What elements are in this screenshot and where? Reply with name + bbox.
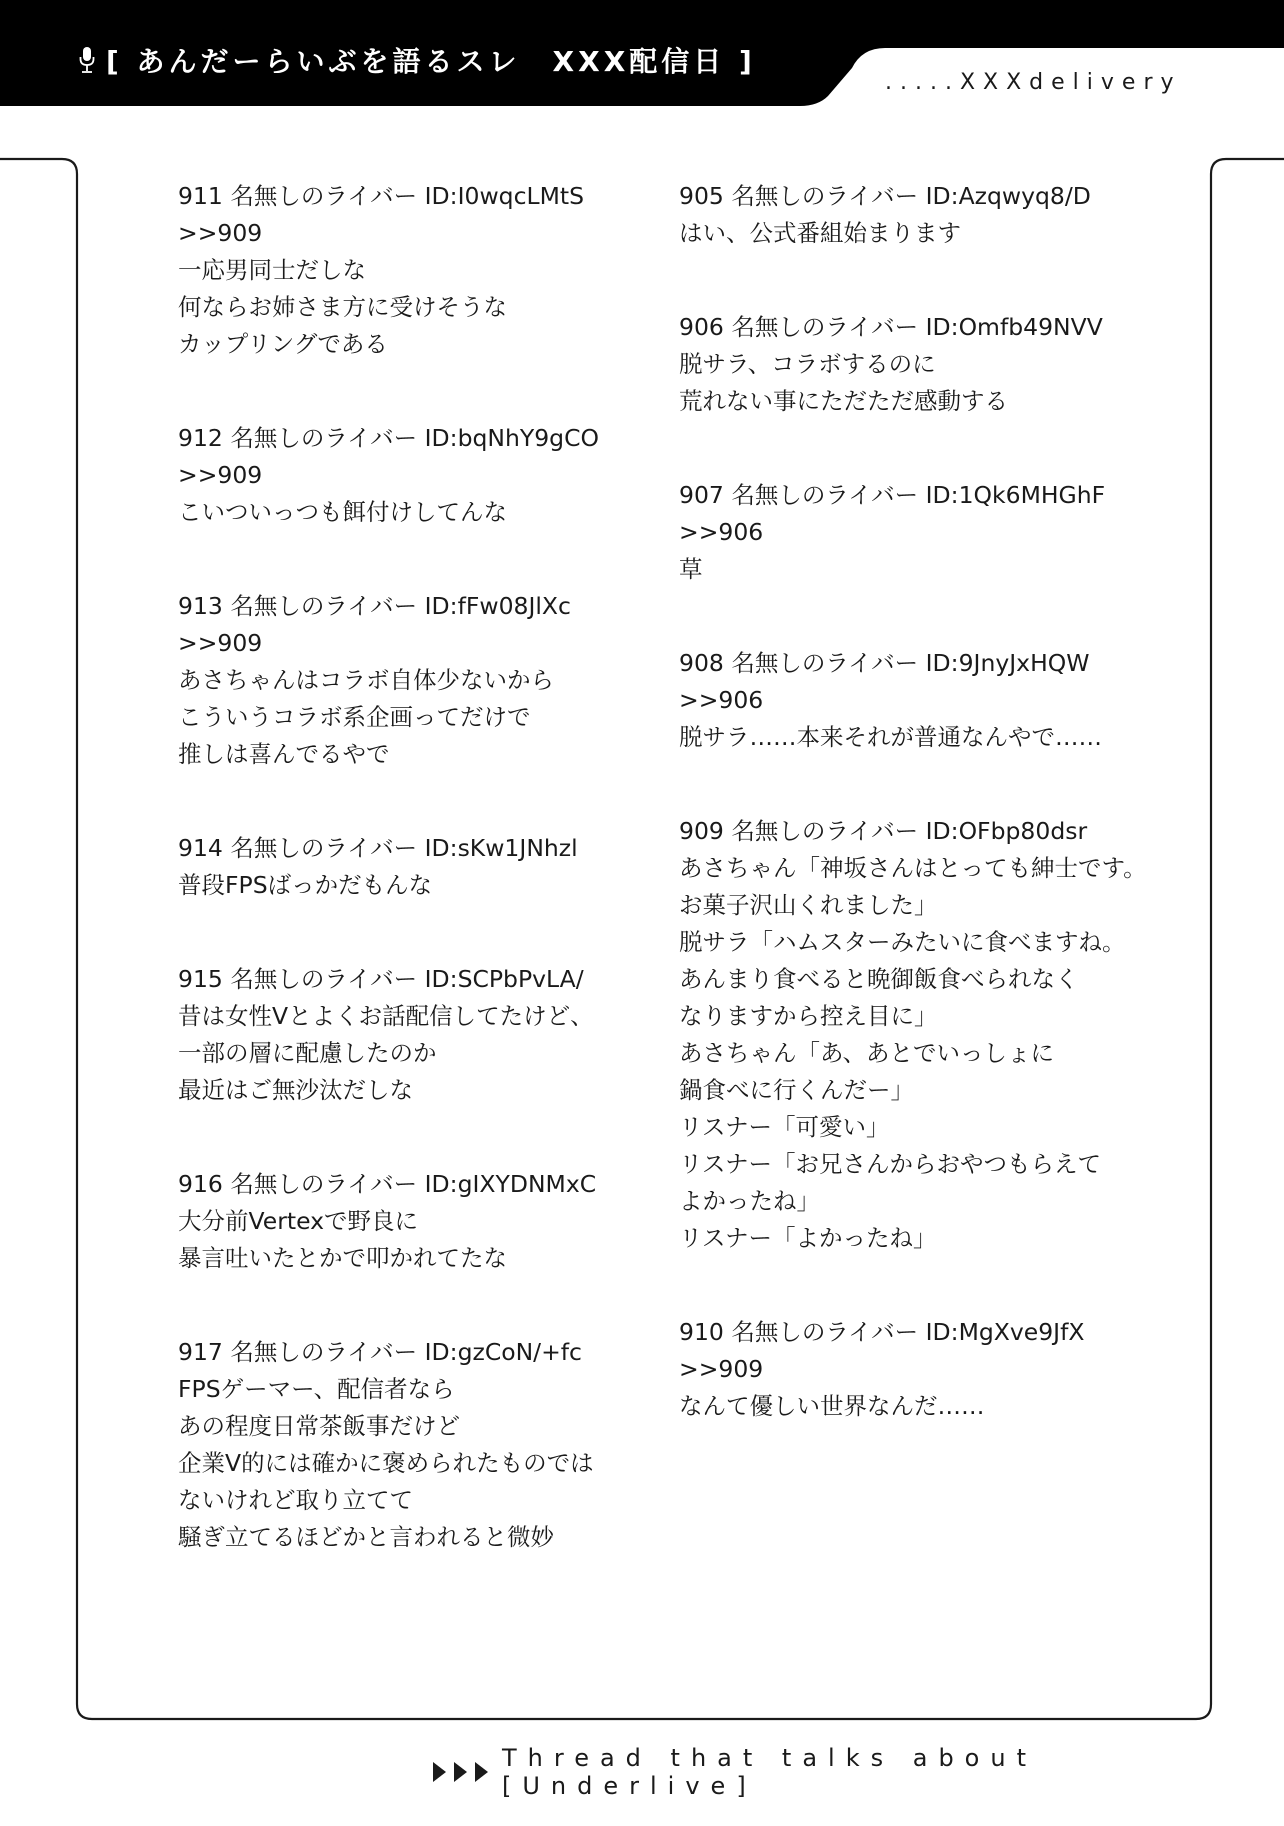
post-line: 草	[679, 551, 1119, 588]
post-line: 騒ぎ立てるほどかと言われると微妙	[178, 1519, 618, 1556]
post-911: 911 名無しのライバー ID:I0wqcLMtS >>909 一応男同士だしな…	[178, 178, 618, 363]
post-header: 907 名無しのライバー ID:1Qk6MHGhF	[679, 477, 1119, 514]
post-line: なんて優しい世界なんだ……	[679, 1388, 1119, 1425]
post-913: 913 名無しのライバー ID:fFw08JlXc >>909 あさちゃんはコラ…	[178, 588, 618, 773]
post-line: 鍋食べに行くんだー」	[679, 1072, 1119, 1109]
post-line: あんまり食べると晩御飯食べられなく	[679, 961, 1119, 998]
post-910: 910 名無しのライバー ID:MgXve9JfX >>909 なんて優しい世界…	[679, 1314, 1119, 1425]
post-line: 一部の層に配慮したのか	[178, 1035, 618, 1072]
microphone-icon	[78, 46, 96, 74]
post-line: あさちゃん「神坂さんはとっても紳士です。	[679, 850, 1119, 887]
post-909: 909 名無しのライバー ID:OFbp80dsr あさちゃん「神坂さんはとって…	[679, 813, 1119, 1257]
reply-anchor[interactable]: >>909	[178, 625, 618, 662]
post-917: 917 名無しのライバー ID:gzCoN/+fc FPSゲーマー、配信者なら …	[178, 1334, 618, 1556]
post-912: 912 名無しのライバー ID:bqNhY9gCO >>909 こいついっつも餌…	[178, 420, 618, 531]
reply-anchor[interactable]: >>909	[679, 1351, 1119, 1388]
post-line: リスナー「可愛い」	[679, 1109, 1119, 1146]
post-header: 909 名無しのライバー ID:OFbp80dsr	[679, 813, 1119, 850]
reply-anchor[interactable]: >>906	[679, 514, 1119, 551]
thread-title: [ あんだーらいぶを語るスレ XXX配信日 ]	[78, 40, 756, 80]
post-line: お菓子沢山くれました」	[679, 887, 1119, 924]
post-line: リスナー「よかったね」	[679, 1220, 1119, 1257]
post-line: FPSゲーマー、配信者なら	[178, 1371, 618, 1408]
post-header: 913 名無しのライバー ID:fFw08JlXc	[178, 588, 618, 625]
post-line: 大分前Vertexで野良に	[178, 1203, 618, 1240]
post-line: 企業V的には確かに褒められたものでは	[178, 1445, 618, 1482]
post-line: 荒れない事にただただ感動する	[679, 383, 1119, 420]
post-line: 一応男同士だしな	[178, 252, 618, 289]
post-header: 908 名無しのライバー ID:9JnyJxHQW	[679, 645, 1119, 682]
post-header: 912 名無しのライバー ID:bqNhY9gCO	[178, 420, 618, 457]
post-905: 905 名無しのライバー ID:Azqwyq8/D はい、公式番組始まります	[679, 178, 1119, 252]
left-column: 911 名無しのライバー ID:I0wqcLMtS >>909 一応男同士だしな…	[178, 178, 618, 1613]
post-header: 915 名無しのライバー ID:SCPbPvLA/	[178, 961, 618, 998]
post-line: あさちゃんはコラボ自体少ないから	[178, 662, 618, 699]
post-line: 最近はご無沙汰だしな	[178, 1072, 618, 1109]
post-header: 911 名無しのライバー ID:I0wqcLMtS	[178, 178, 618, 215]
footer-text: Thread that talks about [Underlive]	[502, 1744, 1284, 1800]
post-line: 暴言吐いたとかで叩かれてたな	[178, 1240, 618, 1277]
post-line: カップリングである	[178, 326, 618, 363]
post-line: こいついっつも餌付けしてんな	[178, 494, 618, 531]
post-line: あの程度日常茶飯事だけど	[178, 1408, 618, 1445]
post-header: 914 名無しのライバー ID:sKw1JNhzl	[178, 830, 618, 867]
triple-play-arrow-icon	[433, 1762, 488, 1782]
post-line: なりますから控え目に」	[679, 998, 1119, 1035]
post-916: 916 名無しのライバー ID:gIXYDNMxC 大分前Vertexで野良に …	[178, 1166, 618, 1277]
reply-anchor[interactable]: >>906	[679, 682, 1119, 719]
post-line: ないけれど取り立てて	[178, 1482, 618, 1519]
post-header: 905 名無しのライバー ID:Azqwyq8/D	[679, 178, 1119, 215]
post-906: 906 名無しのライバー ID:Omfb49NVV 脱サラ、コラボするのに 荒れ…	[679, 309, 1119, 420]
post-line: よかったね」	[679, 1183, 1119, 1220]
post-line: はい、公式番組始まります	[679, 215, 1119, 252]
reply-anchor[interactable]: >>909	[178, 215, 618, 252]
post-line: リスナー「お兄さんからおやつもらえて	[679, 1146, 1119, 1183]
post-line: 何ならお姉さま方に受けそうな	[178, 289, 618, 326]
post-line: 脱サラ、コラボするのに	[679, 346, 1119, 383]
delivery-subtitle: .....XXXdelivery	[885, 70, 1182, 95]
post-915: 915 名無しのライバー ID:SCPbPvLA/ 昔は女性Vとよくお話配信して…	[178, 961, 618, 1109]
post-line: こういうコラボ系企画ってだけで	[178, 699, 618, 736]
post-907: 907 名無しのライバー ID:1Qk6MHGhF >>906 草	[679, 477, 1119, 588]
post-header: 906 名無しのライバー ID:Omfb49NVV	[679, 309, 1119, 346]
post-header: 916 名無しのライバー ID:gIXYDNMxC	[178, 1166, 618, 1203]
post-header: 910 名無しのライバー ID:MgXve9JfX	[679, 1314, 1119, 1351]
right-column: 905 名無しのライバー ID:Azqwyq8/D はい、公式番組始まります 9…	[679, 178, 1119, 1482]
footer-caption: Thread that talks about [Underlive]	[433, 1744, 1284, 1800]
reply-anchor[interactable]: >>909	[178, 457, 618, 494]
thread-title-text: [ あんだーらいぶを語るスレ XXX配信日 ]	[106, 40, 756, 80]
post-line: 脱サラ……本来それが普通なんやで……	[679, 719, 1119, 756]
post-line: あさちゃん「あ、あとでいっしょに	[679, 1035, 1119, 1072]
post-line: 昔は女性Vとよくお話配信してたけど、	[178, 998, 618, 1035]
post-908: 908 名無しのライバー ID:9JnyJxHQW >>906 脱サラ……本来そ…	[679, 645, 1119, 756]
post-line: 推しは喜んでるやで	[178, 736, 618, 773]
post-914: 914 名無しのライバー ID:sKw1JNhzl 普段FPSばっかだもんな	[178, 830, 618, 904]
post-header: 917 名無しのライバー ID:gzCoN/+fc	[178, 1334, 618, 1371]
post-line: 普段FPSばっかだもんな	[178, 867, 618, 904]
post-line: 脱サラ「ハムスターみたいに食べますね。	[679, 924, 1119, 961]
